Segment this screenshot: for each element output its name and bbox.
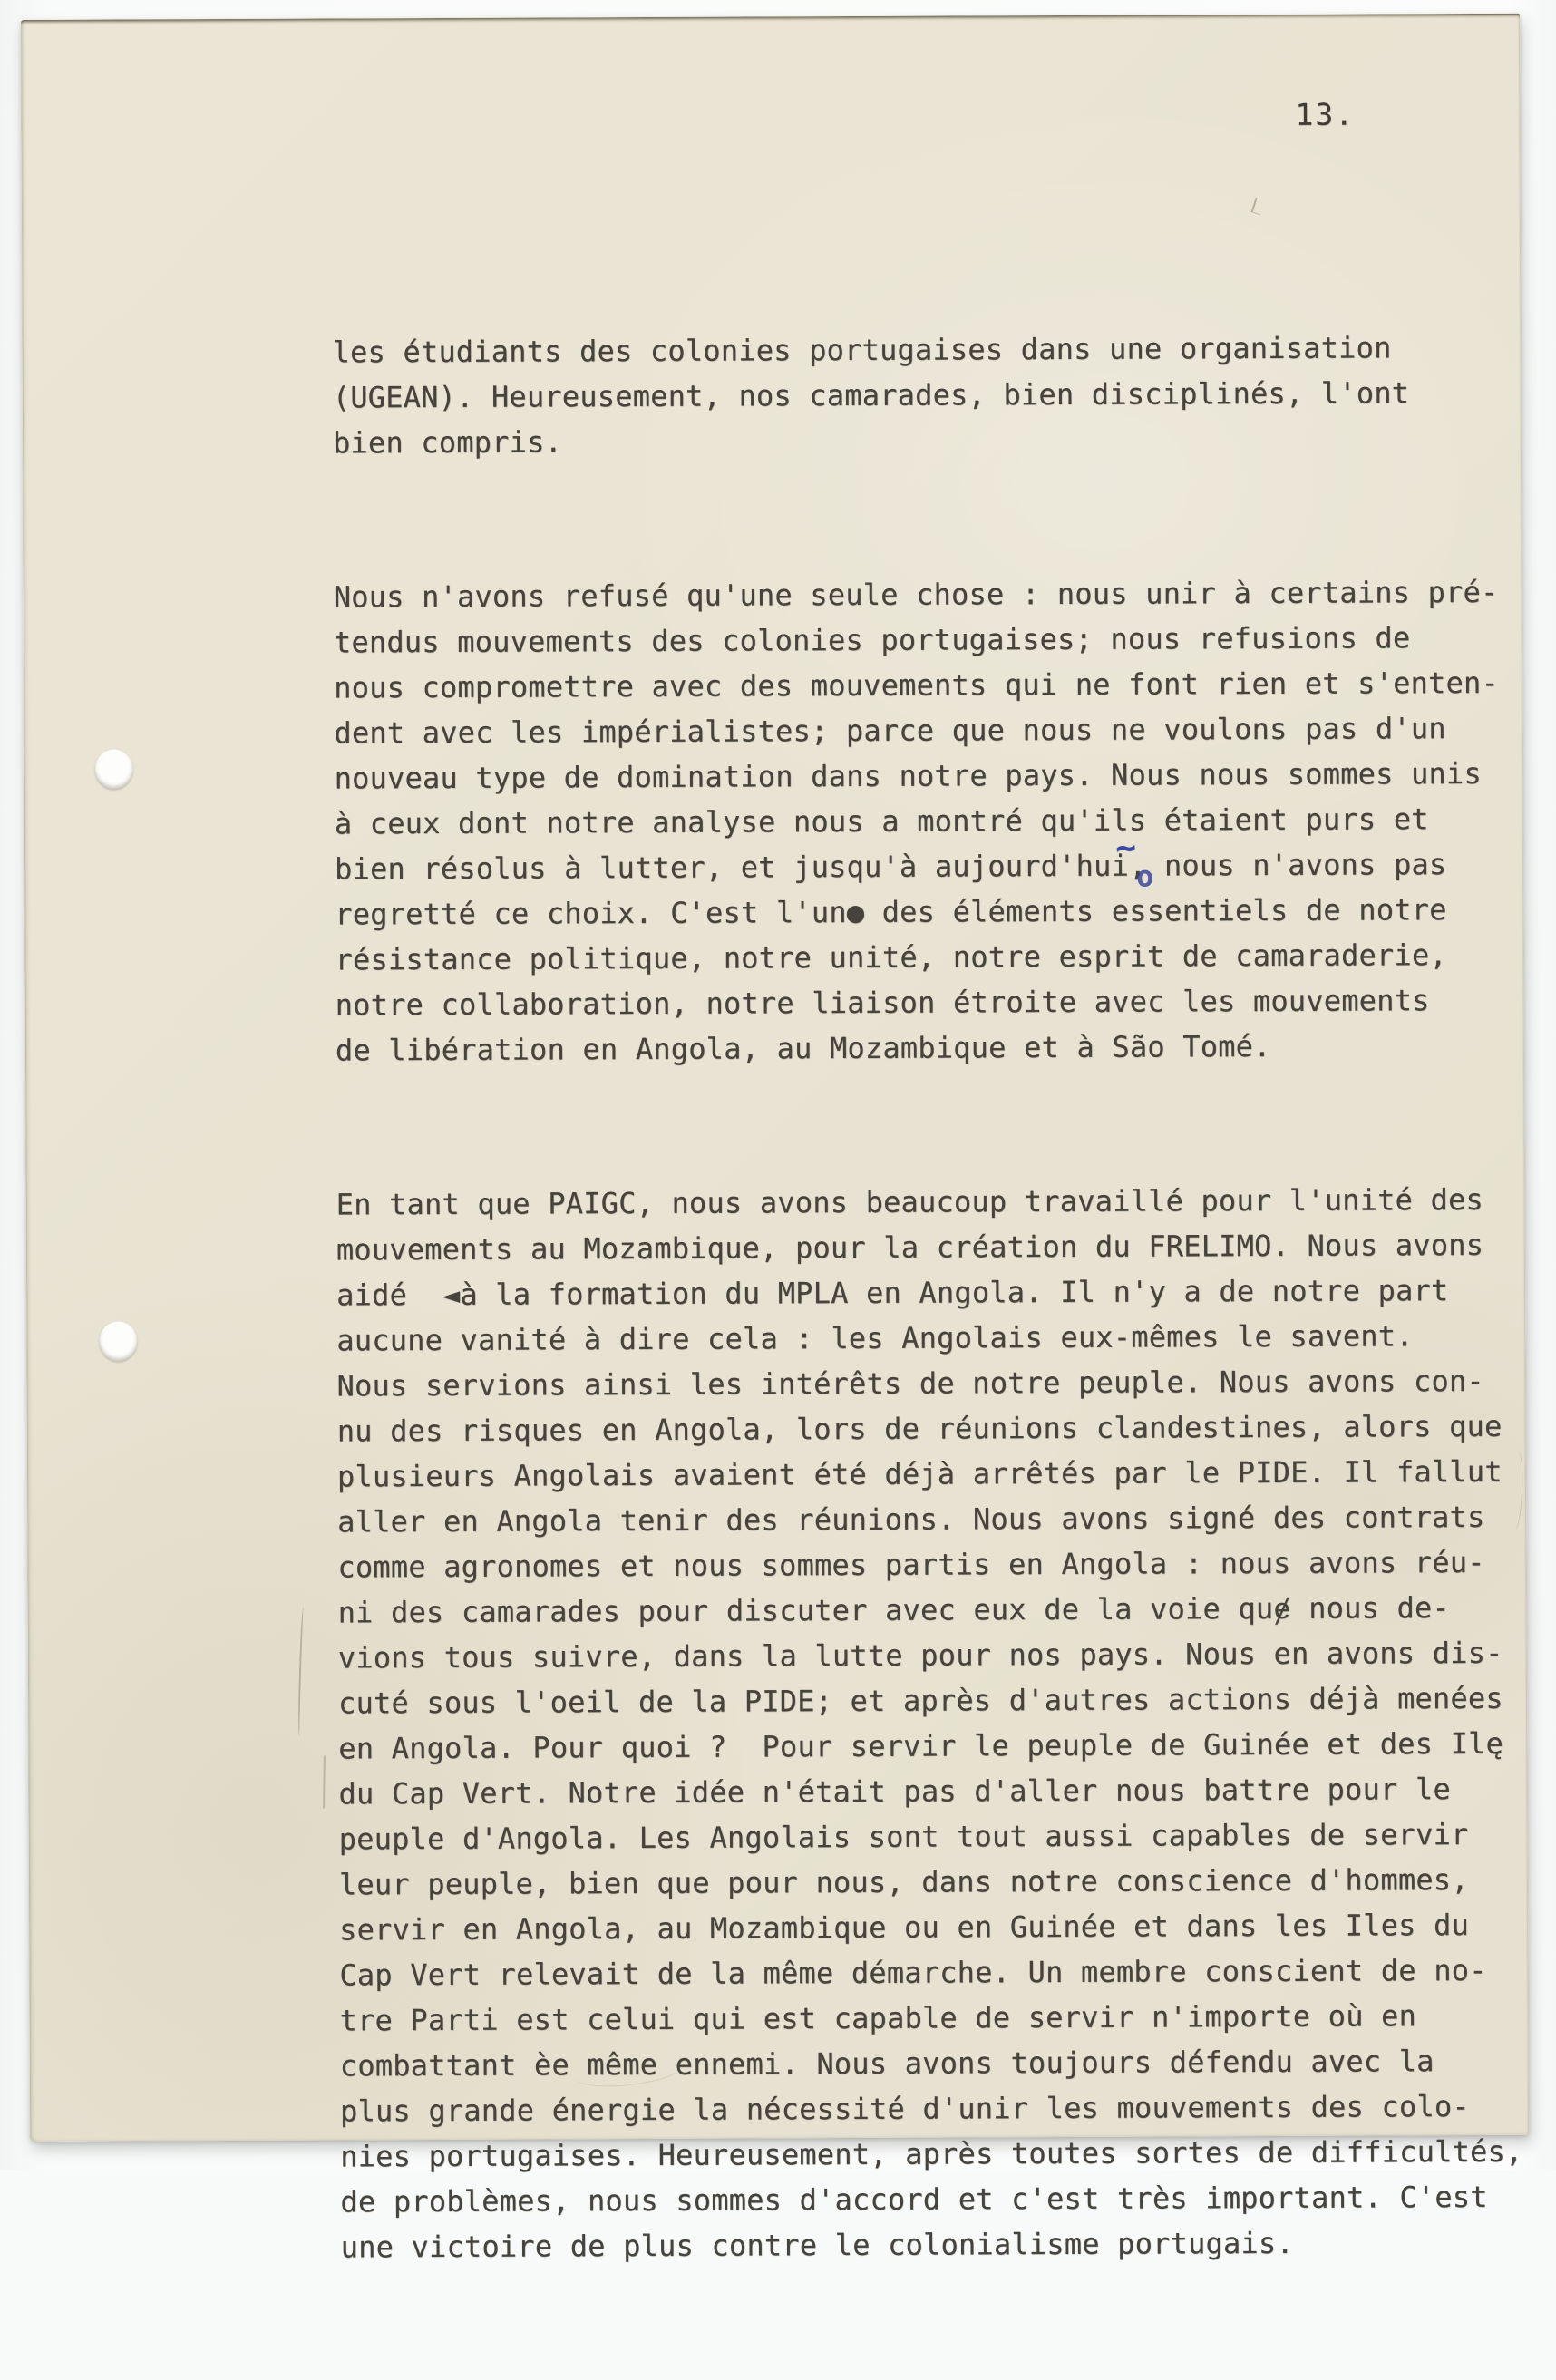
handwritten-blue-tilde-sao: ~ xyxy=(1114,827,1137,869)
pencil-margin-tick xyxy=(323,1756,327,1809)
pencil-margin-stroke xyxy=(297,1608,306,1736)
typewritten-page: 13. les étudiants des colonies portugais… xyxy=(21,14,1529,2142)
typewritten-text-block: les étudiants des colonies portugaises d… xyxy=(332,234,1547,2170)
paragraph-refusal-unity: Nous n'avons refusé qu'une seule chose :… xyxy=(334,569,1541,1073)
punch-hole-top xyxy=(95,749,133,789)
handwritten-blue-o-sao: o xyxy=(1136,854,1153,899)
page-number: 13. xyxy=(1295,97,1355,132)
paragraph-students-ugean: les étudiants des colonies portugaises d… xyxy=(332,325,1539,466)
paragraph-paigc-frelimo-mpla: En tant que PAIGC, nous avons beaucoup t… xyxy=(336,1177,1547,2170)
punch-hole-bottom xyxy=(99,1321,137,1361)
pencil-speck xyxy=(1251,198,1266,216)
